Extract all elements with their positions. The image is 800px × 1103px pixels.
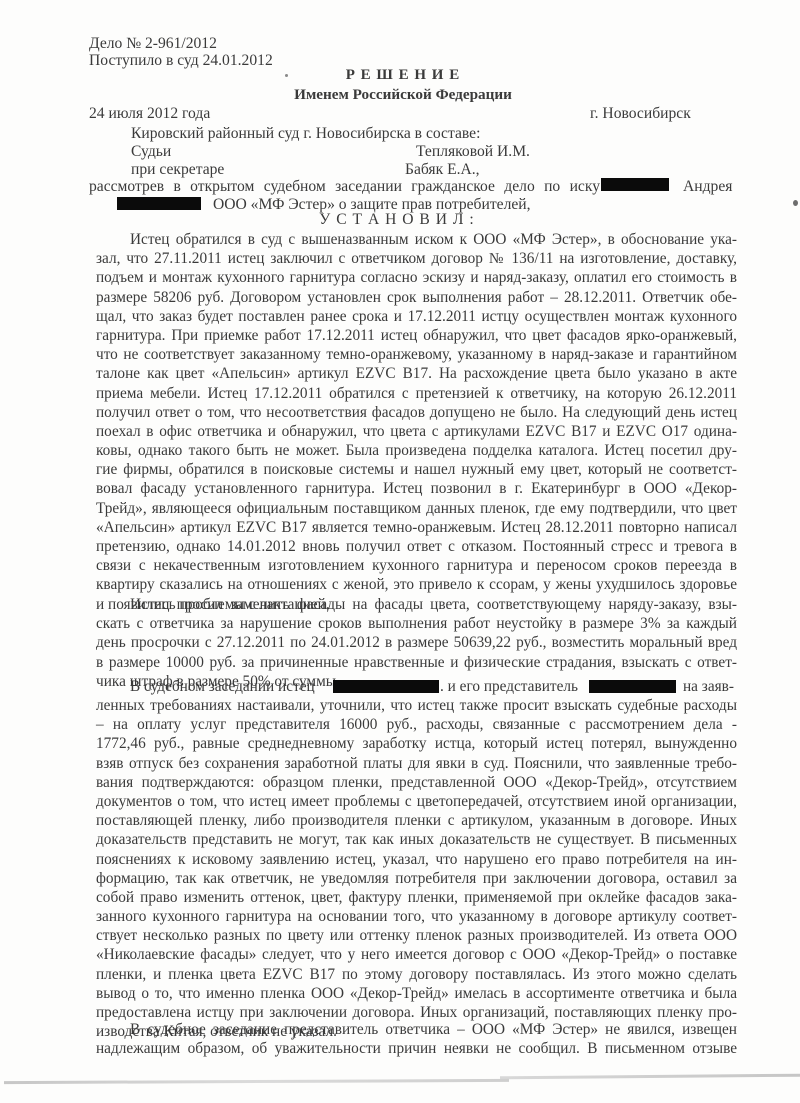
text-line: претензию, однако 14.01.2012 вновь получ…: [96, 537, 737, 556]
hearing-line-start: В судебном заседании истец: [130, 677, 315, 696]
redacted-representative-name: [589, 680, 676, 693]
text-line: что не соответствует заказанному темно-о…: [96, 345, 737, 364]
established-heading: У С Т А Н О В И Л :: [0, 211, 797, 229]
text-line: размере 58206 руб. Договором установлен …: [96, 288, 737, 307]
text-line: ленных требованиях настаивали, уточнили,…: [96, 696, 737, 715]
text-line: «Апельсин» артикул EZVC B17 является тем…: [96, 518, 737, 537]
redacted-plaintiff-surname: [601, 178, 669, 191]
text-line: занного кухонного гарнитура на основании…: [96, 907, 737, 926]
decision-date: 24 июля 2012 года: [89, 104, 210, 123]
text-line: формацию, так как ответчик, не уведомляя…: [96, 869, 737, 888]
hearing-line-end: на заяв-: [683, 677, 734, 696]
text-line: доказательств представить не могут, так …: [96, 830, 737, 849]
text-line: вывод о то, что именно пленка ООО «Декор…: [96, 984, 737, 1003]
text-line: скать с ответчика за нарушение сроков вы…: [96, 614, 737, 633]
text-line: Истец просил заменить фасады на фасады ц…: [96, 595, 737, 614]
document-subtitle: Именем Российской Федерации: [3, 86, 800, 104]
text-line: пояснениях к исковому заявлению истец, у…: [96, 850, 737, 869]
text-line: получил ответ о том, что несоответствия …: [96, 403, 737, 422]
text-line: ствует несколько разных по цвету или отт…: [96, 926, 737, 945]
text-line: подъем и монтаж кухонного гарнитура согл…: [96, 268, 737, 287]
text-line: день просрочки с 27.12.2011 по 24.01.201…: [96, 633, 737, 652]
text-line: взяв отпуск без сохранения заработной пл…: [96, 754, 737, 773]
document-page: Дело № 2-961/2012 Поступило в суд 24.01.…: [0, 0, 800, 1103]
text-line: поехал в офис ответчика и обнаружил, что…: [96, 422, 737, 441]
text-line: ковы, однако такого быть не может. Была …: [96, 441, 737, 460]
scan-speck: [793, 200, 798, 206]
text-line: в размере 10000 руб. за причиненные нрав…: [96, 653, 737, 672]
decision-city: г. Новосибирск: [590, 104, 691, 123]
page-bottom-edge: [4, 1079, 509, 1084]
text-line: 1772,46 руб., равные среднедневному зара…: [96, 734, 737, 753]
paragraph-defendant: В судебное заседание представитель ответ…: [96, 1020, 737, 1058]
text-line: талоне как цвет «Апельсин» артикул EZVC …: [96, 364, 737, 383]
text-line: Трейд», являющееся официальным поставщик…: [96, 499, 737, 518]
text-line: поставляющей пленку, либо производителя …: [96, 811, 737, 830]
text-line: Истец обратился в суд с вышеназванным ис…: [96, 230, 737, 249]
text-line: надлежащим образом, об уважительности пр…: [96, 1039, 737, 1058]
redacted-plaintiff-name: [333, 680, 439, 693]
hearing-line-middle: . и его представитель: [440, 677, 578, 696]
text-line: гие фирмы, обратился в поисковые системы…: [96, 460, 737, 479]
case-intro-line1: рассмотрев в открытом судебном заседании…: [89, 177, 600, 196]
judge-name: Тепляковой И.М.: [416, 142, 530, 161]
judge-label: Судьи: [131, 142, 171, 161]
court-composition: Кировский районный суд г. Новосибирска в…: [131, 124, 480, 143]
text-line: зал, что 27.11.2011 истец заключил с отв…: [96, 249, 737, 268]
page-bottom-edge: [500, 1074, 800, 1080]
text-line: квартиру сказались на отношениях с женой…: [96, 575, 737, 594]
text-line: связи с некачественным изготовлением кух…: [96, 556, 737, 575]
redacted-plaintiff-patronymic: [117, 197, 201, 210]
text-line: В судебное заседание представитель ответ…: [96, 1020, 737, 1039]
text-line: вания подтверждаются: образцом пленки, п…: [96, 773, 737, 792]
text-line: документов о том, что истец имеет пробле…: [96, 792, 737, 811]
text-line: пленки, и пленка цвета EZVC B17 по этому…: [96, 965, 737, 984]
text-line: собой право изменить оттенок, цвет, факт…: [96, 888, 737, 907]
plaintiff-first-name: Андрея: [683, 177, 732, 196]
text-line: приема мебели. Истец 17.12.2011 обратилс…: [96, 384, 737, 403]
paragraph-hearing: ленных требованиях настаивали, уточнили,…: [96, 696, 737, 1041]
text-line: вовал фасаду установленного гарнитура. И…: [96, 479, 737, 498]
text-line: – на оплату услуг представителя 16000 ру…: [96, 715, 737, 734]
paragraph-claim-basis: Истец обратился в суд с вышеназванным ис…: [96, 230, 737, 614]
text-line: щал, что заказ будет поставлен ранее сро…: [96, 307, 737, 326]
document-title: Р Е Ш Е Н И Е: [3, 67, 800, 84]
text-line: «Николаевские фасады» следует, что у нег…: [96, 945, 737, 964]
text-line: гарнитура. При приемке работ 17.12.2011 …: [96, 326, 737, 345]
